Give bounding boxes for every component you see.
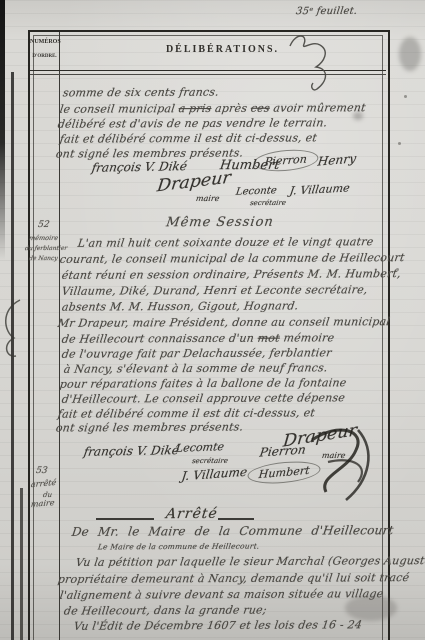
- column-header-ordre: D'ORDRE.: [30, 54, 59, 59]
- arrete-line: l'alignement à suivre devant sa maison s…: [59, 587, 384, 602]
- deliberation-line: le conseil municipal a pris après ces av…: [59, 101, 367, 116]
- deliberation-line: de l'ouvrage fait par Delachaussée, ferb…: [61, 346, 333, 360]
- deliberation-line: à Nancy, s'élevant à la somme de neuf fr…: [63, 361, 328, 375]
- deliberation-line: fait et délibéré comme il est dit ci-des…: [57, 406, 316, 420]
- signature-secretaire-title: secrétaire: [191, 457, 228, 465]
- margin-order-number: 52: [37, 220, 50, 230]
- deliberation-line: somme de six cents francs.: [62, 86, 220, 100]
- deliberation-line: courant, le conseil municipal de la comm…: [59, 251, 405, 266]
- deliberation-line: délibéré est d'avis de ne pas vendre le …: [57, 116, 328, 130]
- margin-note: du ferblantier: [25, 245, 68, 252]
- ink-paraph-large-icon: [298, 420, 383, 510]
- folio-label: 35ᵉ feuillet.: [295, 6, 358, 17]
- deliberation-line: d'Heillecourt. Le conseil approuve cette…: [61, 391, 346, 405]
- signature-secretaire-title: secrétaire: [249, 199, 286, 207]
- arrete-line: De Mr. le Maire de la Commune d'Heilleco…: [71, 523, 395, 539]
- deliberation-line: L'an mil huit cent soixante douze et le …: [77, 235, 374, 250]
- deliberation-line: ont signé les membres présents.: [55, 421, 244, 435]
- signature-secretaire: Lecomte: [175, 440, 225, 455]
- deliberation-line: de Heillecourt connaissance d'un mot mém…: [61, 331, 335, 345]
- ink-stain: [345, 595, 397, 621]
- facing-page-edge-2: [20, 488, 23, 640]
- arrete-heading: Arrêté: [165, 506, 219, 522]
- session-heading: Même Session: [149, 215, 291, 231]
- heading-rule-right: [218, 518, 254, 520]
- ink-stain: [353, 112, 363, 120]
- arrete-line: Vu l'Édit de Décembre 1607 et les lois d…: [73, 618, 363, 633]
- arrete-line: propriétaire demeurant à Nancy, demande …: [57, 571, 410, 586]
- signature-maire-title: maire: [195, 194, 220, 203]
- heading-rule-left: [96, 518, 154, 520]
- paper-speck: [396, 268, 399, 271]
- ink-stain: [399, 37, 421, 71]
- deliberation-line: pour réparations faites à la ballone de …: [59, 376, 347, 390]
- arrete-line: de Heillecourt, dans la grande rue;: [63, 603, 268, 617]
- signature-dike: françois V. Diké: [83, 443, 180, 459]
- arrete-line: Vu la pétition par laquelle le sieur Mar…: [75, 554, 425, 569]
- margin-note: maire: [30, 498, 55, 509]
- deliberation-line: Villaume, Diké, Durand, Henri et Leconte…: [61, 283, 368, 298]
- paper-speck: [404, 95, 407, 98]
- margin-note: mémoire: [28, 234, 58, 242]
- ink-paraph-icon: [272, 18, 347, 103]
- margin-note: de Nancy: [29, 255, 59, 262]
- paper-speck: [398, 142, 401, 145]
- deliberation-line: ont signé les membres présents.: [55, 147, 244, 161]
- deliberation-line: Mr Drapeur, maire Président, donne au co…: [57, 315, 391, 330]
- register-page-photo: 35ᵉ feuillet. NUMÉROS D'ORDRE. DÉLIBÉRAT…: [0, 0, 425, 640]
- column-header-numeros: NUMÉROS: [30, 39, 59, 45]
- margin-order-number: 53: [35, 466, 48, 476]
- signature-dike: françois V. Diké: [91, 159, 188, 175]
- arrete-line: Le Maire de la commune de Heillecourt.: [97, 542, 260, 552]
- margin-ink-squiggle-icon: [0, 292, 26, 364]
- signature-secretaire: Leconte: [235, 185, 277, 197]
- photo-left-edge: [0, 0, 5, 260]
- deliberation-line: absents M. M. Husson, Gigout, Hognard.: [61, 299, 299, 313]
- deliberation-line: fait et délibéré comme il est dit ci-des…: [59, 131, 318, 145]
- deliberation-line: étant réuni en session ordinaire, Présen…: [61, 267, 402, 282]
